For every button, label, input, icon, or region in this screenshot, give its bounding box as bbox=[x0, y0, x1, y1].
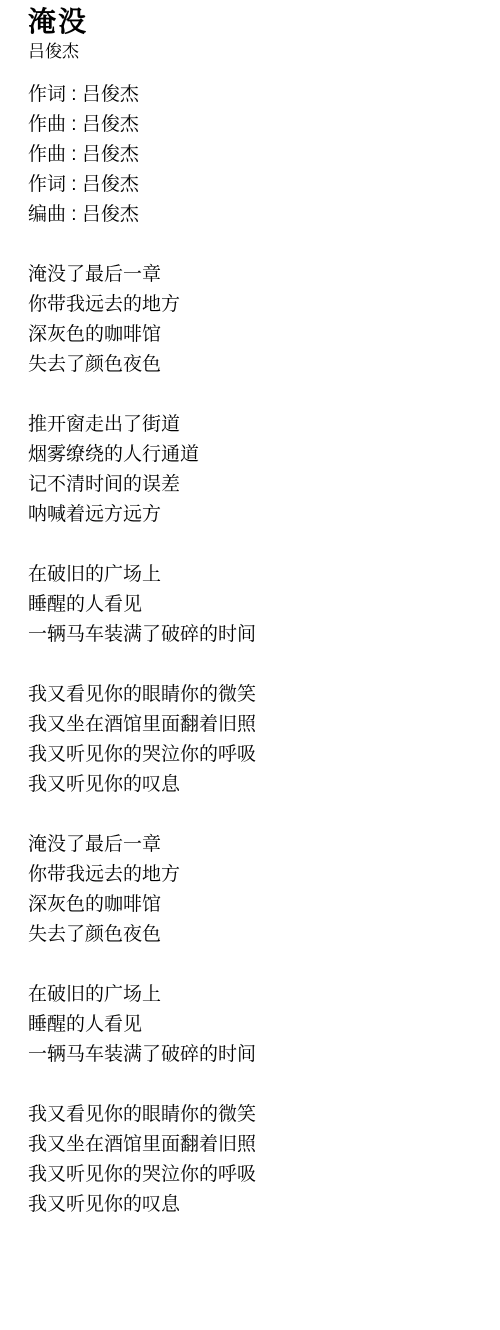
lyric-line: 淹没了最后一章 bbox=[28, 830, 490, 860]
lyric-line: 在破旧的广场上 bbox=[28, 560, 490, 590]
credit-line: 作曲 : 吕俊杰 bbox=[28, 110, 490, 140]
lyric-line: 我又听见你的叹息 bbox=[28, 1190, 490, 1220]
lyrics-page: 淹没 吕俊杰 作词 : 吕俊杰 作曲 : 吕俊杰 作曲 : 吕俊杰 作词 : 吕… bbox=[28, 6, 490, 1220]
lyric-line: 睡醒的人看见 bbox=[28, 1010, 490, 1040]
lyric-line: 你带我远去的地方 bbox=[28, 290, 490, 320]
lyric-line: 一辆马车装满了破碎的时间 bbox=[28, 620, 490, 650]
lyric-line: 呐喊着远方远方 bbox=[28, 500, 490, 530]
lyric-line: 烟雾缭绕的人行通道 bbox=[28, 440, 490, 470]
lyric-line: 你带我远去的地方 bbox=[28, 860, 490, 890]
lyric-line: 我又听见你的哭泣你的呼吸 bbox=[28, 1160, 490, 1190]
credits-block: 作词 : 吕俊杰 作曲 : 吕俊杰 作曲 : 吕俊杰 作词 : 吕俊杰 编曲 :… bbox=[28, 80, 490, 230]
song-title: 淹没 bbox=[28, 6, 490, 38]
lyric-line: 失去了颜色夜色 bbox=[28, 350, 490, 380]
lyric-line: 一辆马车装满了破碎的时间 bbox=[28, 1040, 490, 1070]
stanza-3: 在破旧的广场上 睡醒的人看见 一辆马车装满了破碎的时间 bbox=[28, 560, 490, 650]
lyric-line: 记不清时间的误差 bbox=[28, 470, 490, 500]
lyric-line: 我又坐在酒馆里面翻着旧照 bbox=[28, 710, 490, 740]
lyric-line: 在破旧的广场上 bbox=[28, 980, 490, 1010]
credit-line: 作曲 : 吕俊杰 bbox=[28, 140, 490, 170]
lyric-line: 深灰色的咖啡馆 bbox=[28, 320, 490, 350]
lyric-line: 深灰色的咖啡馆 bbox=[28, 890, 490, 920]
artist-name: 吕俊杰 bbox=[28, 40, 490, 64]
credit-line: 编曲 : 吕俊杰 bbox=[28, 200, 490, 230]
credit-line: 作词 : 吕俊杰 bbox=[28, 80, 490, 110]
stanza-7: 我又看见你的眼睛你的微笑 我又坐在酒馆里面翻着旧照 我又听见你的哭泣你的呼吸 我… bbox=[28, 1100, 490, 1220]
stanza-5: 淹没了最后一章 你带我远去的地方 深灰色的咖啡馆 失去了颜色夜色 bbox=[28, 830, 490, 950]
lyric-line: 我又坐在酒馆里面翻着旧照 bbox=[28, 1130, 490, 1160]
lyric-line: 淹没了最后一章 bbox=[28, 260, 490, 290]
lyric-line: 我又看见你的眼睛你的微笑 bbox=[28, 680, 490, 710]
credit-line: 作词 : 吕俊杰 bbox=[28, 170, 490, 200]
lyric-line: 我又看见你的眼睛你的微笑 bbox=[28, 1100, 490, 1130]
lyric-line: 我又听见你的哭泣你的呼吸 bbox=[28, 740, 490, 770]
lyric-line: 失去了颜色夜色 bbox=[28, 920, 490, 950]
stanza-4: 我又看见你的眼睛你的微笑 我又坐在酒馆里面翻着旧照 我又听见你的哭泣你的呼吸 我… bbox=[28, 680, 490, 800]
lyric-line: 推开窗走出了街道 bbox=[28, 410, 490, 440]
stanza-6: 在破旧的广场上 睡醒的人看见 一辆马车装满了破碎的时间 bbox=[28, 980, 490, 1070]
stanza-1: 淹没了最后一章 你带我远去的地方 深灰色的咖啡馆 失去了颜色夜色 bbox=[28, 260, 490, 380]
lyric-line: 睡醒的人看见 bbox=[28, 590, 490, 620]
lyric-line: 我又听见你的叹息 bbox=[28, 770, 490, 800]
stanza-2: 推开窗走出了街道 烟雾缭绕的人行通道 记不清时间的误差 呐喊着远方远方 bbox=[28, 410, 490, 530]
